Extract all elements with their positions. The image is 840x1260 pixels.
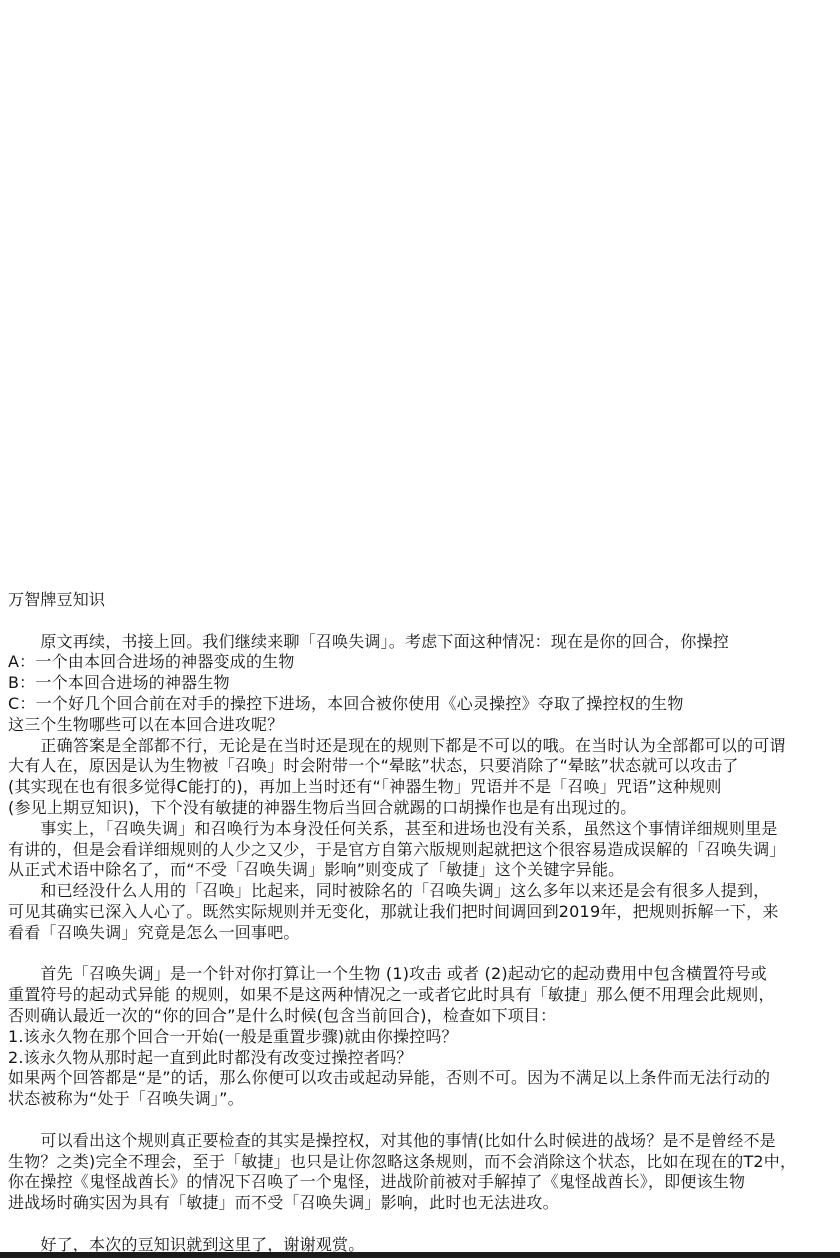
page-title: 万智牌豆知识 [8, 590, 836, 611]
text-line: 正确答案是全部都不行，无论是在当时还是现在的规则下都是不可以的哦。在当时认为全部… [8, 736, 836, 757]
text-line: 有讲的，但是会看详细规则的人少之又少，于是官方自第六版规则起就把这个很容易造成误… [8, 840, 836, 861]
article-body: 万智牌豆知识 原文再续，书接上回。我们继续来聊「召唤失调」。考虑下面这种情况：现… [8, 590, 836, 1256]
text-line: (其实现在也有很多觉得C能打的)，再加上当时还有“「神器生物」咒语并不是「召唤」… [8, 777, 836, 798]
document-page: { "page": { "background": "#ffffff", "te… [0, 0, 840, 1260]
next-image-top-edge [0, 1252, 840, 1258]
text-line: 进战场时确实因为具有「敏捷」而不受「召唤失调」影响，此时也无法进攻。 [8, 1193, 836, 1214]
text-line-option-a: A：一个由本回合进场的神器变成的生物 [8, 652, 836, 673]
text-line: 原文再续，书接上回。我们继续来聊「召唤失调」。考虑下面这种情况：现在是你的回合，… [8, 632, 836, 653]
text-line-option-b: B：一个本回合进场的神器生物 [8, 673, 836, 694]
text-line: 从正式术语中除名了，而“不受「召唤失调」影响”则变成了「敏捷」这个关键字异能。 [8, 860, 836, 881]
text-line: 大有人在，原因是认为生物被「召唤」时会附带一个“晕眩”状态，只要消除了“晕眩”状… [8, 756, 836, 777]
text-line: 否则确认最近一次的“你的回合”是什么时候(包含当前回合)，检查如下项目： [8, 1006, 836, 1027]
text-line: 重置符号的起动式异能 的规则，如果不是这两种情况之一或者它此时具有「敏捷」那么便… [8, 985, 836, 1006]
text-line-checklist-1: 1.该永久物在那个回合一开始(一般是重置步骤)就由你操控吗？ [8, 1027, 836, 1048]
text-line: 这三个生物哪些可以在本回合进攻呢？ [8, 715, 836, 736]
text-line: (参见上期豆知识)，下个没有敏捷的神器生物后当回合就踢的口胡操作也是有出现过的。 [8, 798, 836, 819]
text-line: 事实上，「召唤失调」和召唤行为本身没任何关系，甚至和进场也没有关系，虽然这个事情… [8, 819, 836, 840]
text-line: 生物？之类)完全不理会，至于「敏捷」也只是让你忽略这条规则，而不会消除这个状态，… [8, 1152, 836, 1173]
blank-line [8, 944, 836, 965]
blank-line [8, 1110, 836, 1131]
blank-line [8, 611, 836, 632]
text-line: 可以看出这个规则真正要检查的其实是操控权，对其他的事情(比如什么时候进的战场？是… [8, 1131, 836, 1152]
text-line: 可见其确实已深入人心了。既然实际规则并无变化，那就让我们把时间调回到2019年，… [8, 902, 836, 923]
text-line: 如果两个回答都是“是”的话，那么你便可以攻击或起动异能，否则不可。因为不满足以上… [8, 1068, 836, 1089]
text-line-checklist-2: 2.该永久物从那时起一直到此时都没有改变过操控者吗？ [8, 1048, 836, 1069]
text-line: 你在操控《鬼怪战酋长》的情况下召唤了一个鬼怪，进战阶前被对手解掉了《鬼怪战酋长》… [8, 1172, 836, 1193]
blank-line [8, 1214, 836, 1235]
text-line-option-c: C：一个好几个回合前在对手的操控下进场，本回合被你使用《心灵操控》夺取了操控权的… [8, 694, 836, 715]
text-line: 首先「召唤失调」是一个针对你打算让一个生物 (1)攻击 或者 (2)起动它的起动… [8, 964, 836, 985]
text-line: 状态被称为“处于「召唤失调」”。 [8, 1089, 836, 1110]
text-line: 和已经没什么人用的「召唤」比起来，同时被除名的「召唤失调」这么多年以来还是会有很… [8, 881, 836, 902]
text-line: 看看「召唤失调」究竟是怎么一回事吧。 [8, 923, 836, 944]
